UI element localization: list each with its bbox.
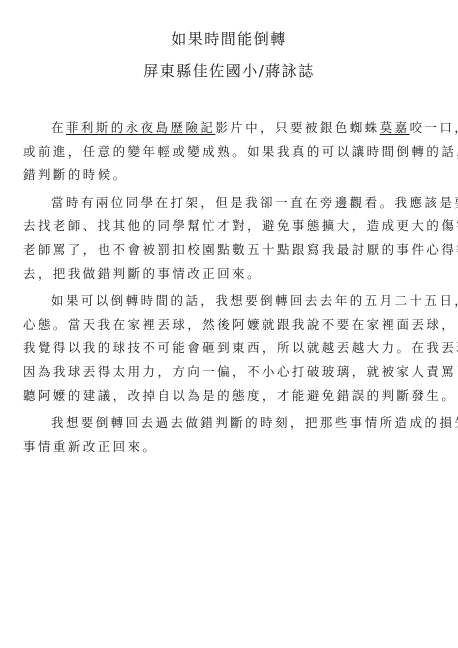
text-line: 心態。當天我在家裡丟球，然後阿嬤就跟我說不要在家裡面丟球，以免砸到物品。當時 <box>23 313 437 337</box>
text-line: 在菲利斯的永夜島歷險記影片中，只要被銀色蜘蛛莫嘉咬一口，就可以讓時光倒轉 <box>23 116 437 140</box>
text-line: 去，把我做錯判斷的事情改正回來。 <box>23 262 437 286</box>
text-segment: 在 <box>51 120 66 135</box>
text-line: 老師罵了，也不會被罰扣校園點數五十點跟寫我最討厭的事件心得報告。我想要倒轉回 <box>23 238 437 262</box>
text-line: 或前進，任意的變年輕或變成熟。如果我真的可以讓時間倒轉的話，我會想要回去我做 <box>23 140 437 164</box>
text-line: 如果可以倒轉時間的話，我想要倒轉回去去年的五月二十五日，扭轉我自以為是的 <box>23 289 437 313</box>
text-segment: 影片中，只要被銀色蜘蛛 <box>215 120 379 135</box>
text-line: 當時有兩位同學在打架，但是我卻一直在旁邊觀看。我應該是要去勸架，或是馬上 <box>23 191 437 215</box>
text-line: 事情重新改正回來。 <box>23 435 437 459</box>
text-line: 聽阿嬤的建議，改掉自以為是的態度，才能避免錯誤的判斷發生。 <box>23 384 437 408</box>
paragraph-4: 我想要倒轉回去過去做錯判斷的時刻，把那些事情所造成的損失彌補回來，把錯的 事情重… <box>23 411 437 458</box>
text-segment: 咬一口，就可以讓時光倒轉 <box>410 120 458 135</box>
author-line: 屏東縣佳佐國小/蔣詠誌 <box>0 60 458 81</box>
underlined-film-title: 菲利斯的永夜島歷險記 <box>66 120 215 135</box>
essay-body: 在菲利斯的永夜島歷險記影片中，只要被銀色蜘蛛莫嘉咬一口，就可以讓時光倒轉 或前進… <box>23 116 437 462</box>
text-line: 因為我球丟得太用力，方向一偏，不小心打破玻璃，就被家人責罵了。我覺得自己應該 <box>23 360 437 384</box>
text-line: 我覺得以我的球技不可能會砸到東西，所以就越丟越大力。在我丟球的地方有一塊玻璃， <box>23 336 437 360</box>
paragraph-3: 如果可以倒轉時間的話，我想要倒轉回去去年的五月二十五日，扭轉我自以為是的 心態。… <box>23 289 437 407</box>
underlined-name: 莫嘉 <box>380 120 410 135</box>
essay-title: 如果時間能倒轉 <box>0 28 458 49</box>
text-line: 我想要倒轉回去過去做錯判斷的時刻，把那些事情所造成的損失彌補回來，把錯的 <box>23 411 437 435</box>
paragraph-1: 在菲利斯的永夜島歷險記影片中，只要被銀色蜘蛛莫嘉咬一口，就可以讓時光倒轉 或前進… <box>23 116 437 187</box>
text-line: 去找老師、找其他的同學幫忙才對，避免事態擴大，造成更大的傷害。這樣我就不會被 <box>23 214 437 238</box>
text-line: 錯判斷的時候。 <box>23 163 437 187</box>
paragraph-2: 當時有兩位同學在打架，但是我卻一直在旁邊觀看。我應該是要去勸架，或是馬上 去找老… <box>23 191 437 285</box>
